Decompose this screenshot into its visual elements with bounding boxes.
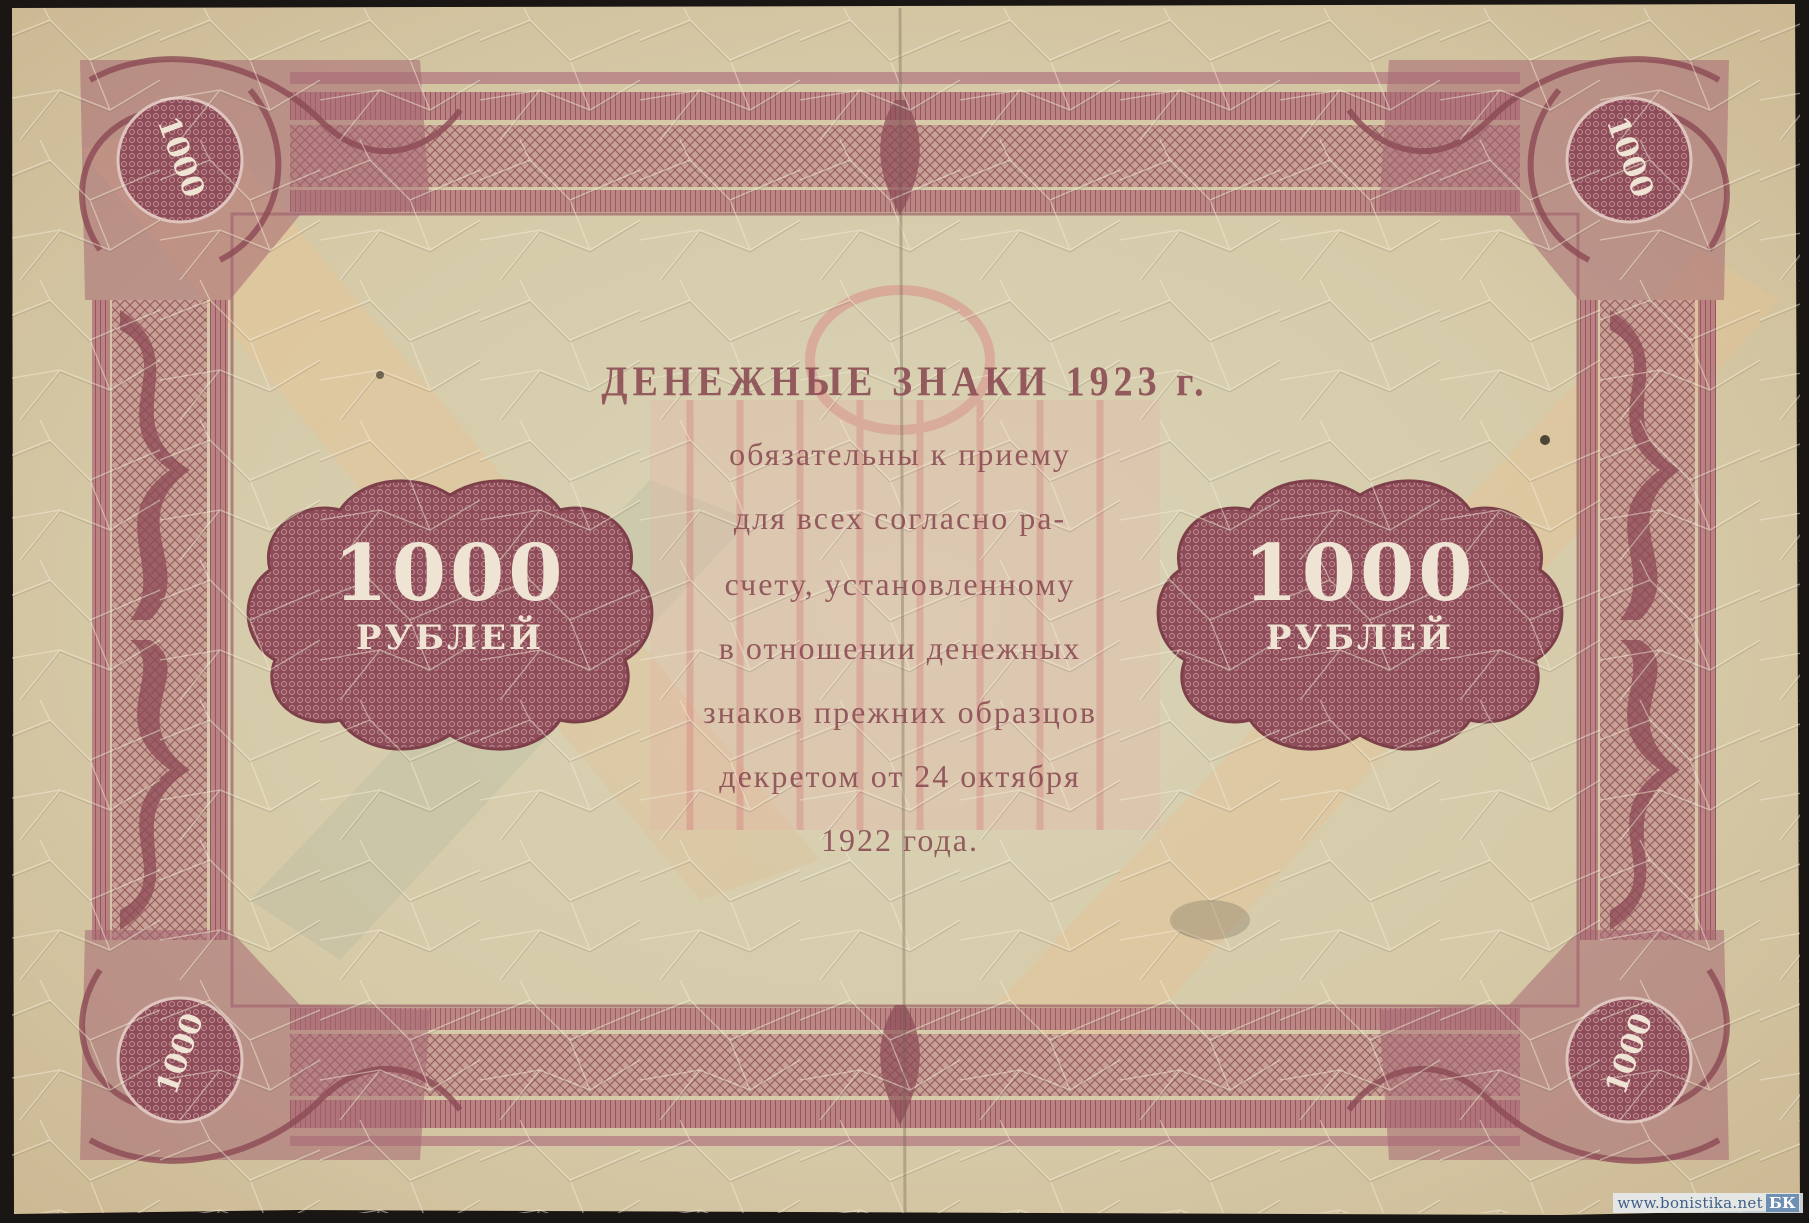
rosette-right-value: 1000 <box>1230 535 1490 613</box>
body-line-2: для всех согласно ра- <box>620 500 1180 537</box>
body-line-5: знаков прежних образцов <box>620 694 1180 731</box>
watermark-badge: БК <box>1766 1194 1799 1212</box>
body-line-1: обязательны к приему <box>620 436 1180 473</box>
watermark-text: www.bonistika.net <box>1617 1194 1763 1212</box>
rosette-left-value: 1000 <box>320 535 580 613</box>
source-watermark: www.bonistika.netБК <box>1613 1193 1803 1213</box>
body-line-4: в отношении денежных <box>620 630 1180 667</box>
rosette-right-unit: РУБЛЕЙ <box>1240 618 1480 658</box>
banknote-artwork <box>0 0 1809 1223</box>
note-heading: ДЕНЕЖНЫЕ ЗНАКИ 1923 г. <box>560 357 1250 406</box>
rosette-left-unit: РУБЛЕЙ <box>330 618 570 658</box>
body-line-6: декретом от 24 октября <box>620 758 1180 795</box>
body-line-7: 1922 года. <box>620 822 1180 859</box>
body-line-3: счету, установленному <box>620 566 1180 603</box>
banknote: 1000 1000 1000 1000 1000 РУБЛЕЙ 1000 РУБ… <box>0 0 1809 1223</box>
